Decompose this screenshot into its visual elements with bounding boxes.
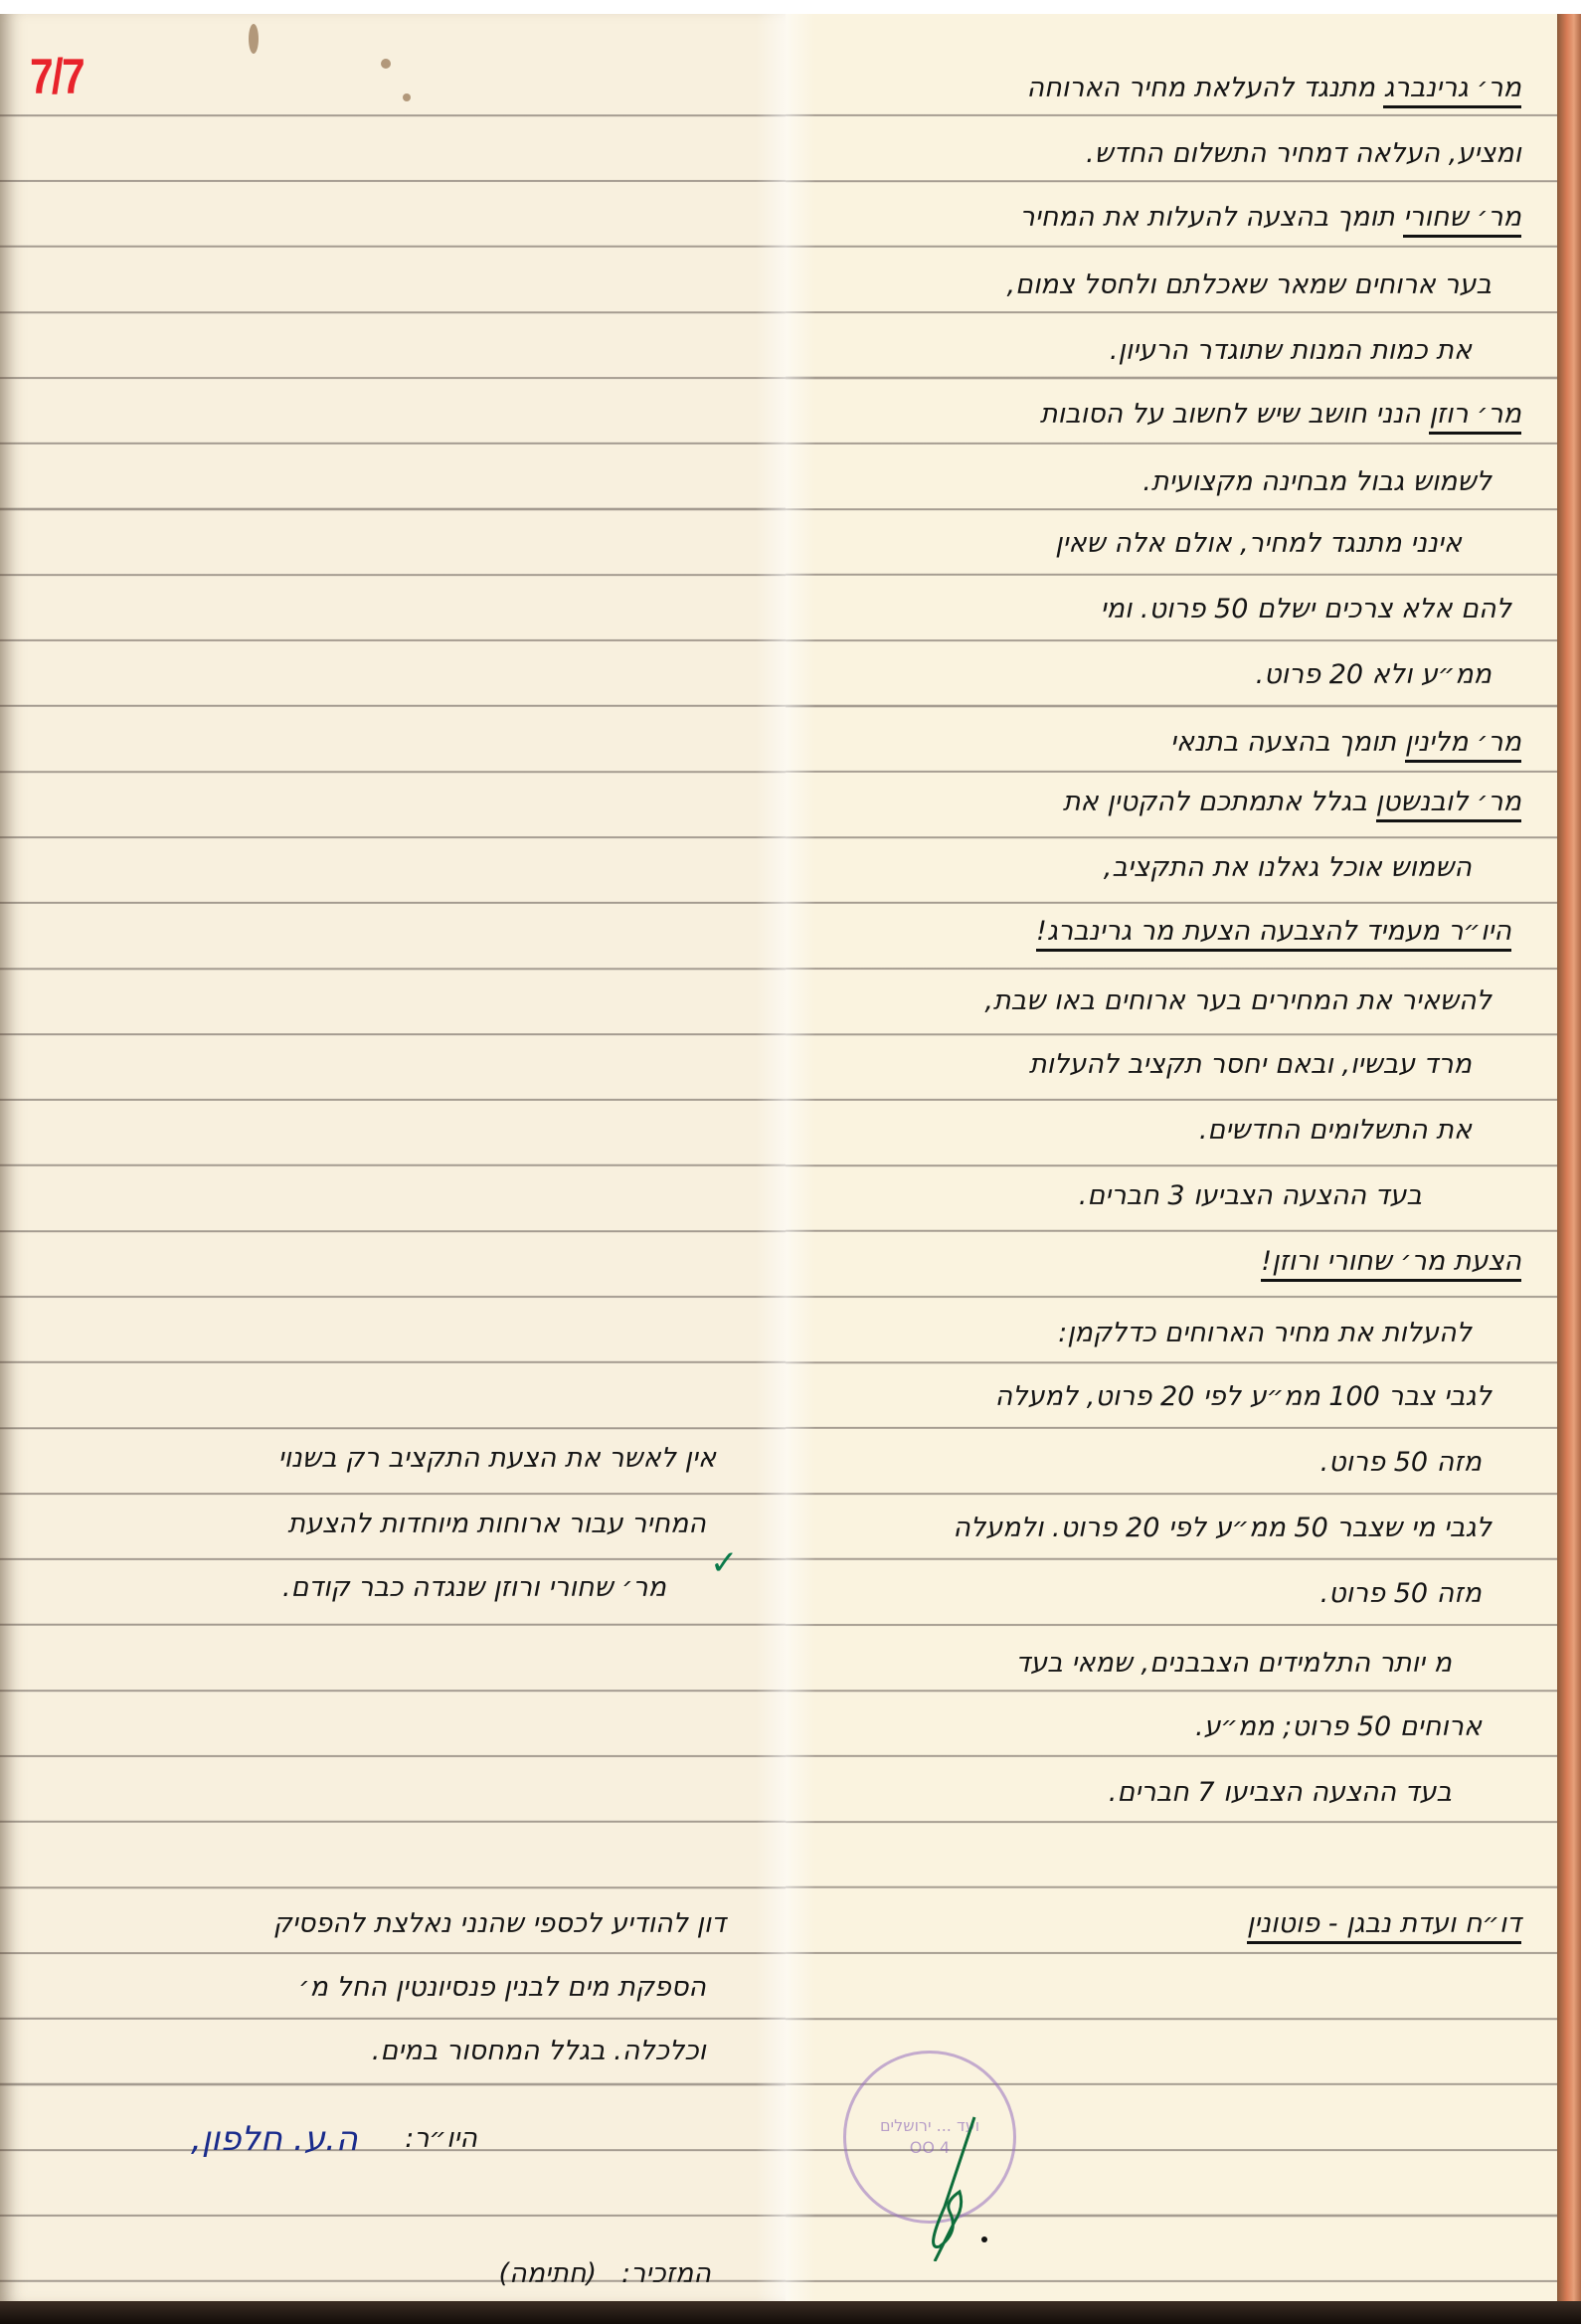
minutes-line: את התשלומים החדשים.	[1199, 1098, 1472, 1163]
minutes-line: להעלות את מחיר הארוחים כדלקמן:	[1058, 1301, 1472, 1366]
minutes-line: להם אלא צרכים ישלם 50 פרוט. ומי	[1101, 577, 1511, 642]
minutes-line: את כמות המנות שתוגדר הרעיון.	[1110, 318, 1472, 384]
minutes-line: לשמוש גבול מבחינה מקצועית.	[1142, 449, 1492, 515]
line-text: תומך בהצעה להעלות את המחיר	[1020, 202, 1395, 233]
report-heading: דו״ח ועדת נבגן - פוטונין	[1247, 1891, 1521, 1957]
minutes-line: מזה 50 פרוט.	[1320, 1561, 1482, 1627]
ink-smudge	[381, 59, 391, 69]
minutes-line: ומציע, העלאה דמחיר התשלום החדש.	[1086, 121, 1521, 187]
speaker-name: מר׳ רוזן	[1429, 399, 1521, 435]
minutes-line: היו״ר מעמיד להצבעה הצעת מר גרינברג!	[1036, 899, 1511, 965]
secretary-signature-label: המזכיר:	[621, 2241, 711, 2307]
speaker-name: מר׳ גרינברג	[1383, 73, 1521, 108]
minutes-line: מר׳ גרינברג מתנגד להעלאת מחיר הארוחה	[1026, 56, 1521, 121]
line-text: תומך בהצעה בתנאי	[1170, 727, 1396, 758]
vote-heading: היו״ר מעמיד להצבעה הצעת מר גרינברג!	[1036, 916, 1511, 952]
margin-note-line: הספקת מים לבנין פנסיונטין החל מ׳	[298, 1955, 706, 2021]
minutes-line: הצעת מר׳ שחורי ורוזן!	[1261, 1229, 1521, 1295]
minutes-line: בער ארוחים שמאר שאכלתם ולחסל צמום,	[1006, 253, 1492, 318]
minutes-line: מר׳ רוזן הנני חושב שיש לחשוב על הסובות	[1040, 382, 1521, 447]
line-text: הנני חושב שיש לחשוב על הסובות	[1040, 399, 1421, 430]
minutes-line: ארוחים 50 פרוט; ממ״ע.	[1195, 1695, 1482, 1760]
minutes-line: מזה 50 פרוט.	[1320, 1430, 1482, 1496]
minutes-line: בעד ההצעה הצביעו 7 חברים.	[1109, 1760, 1452, 1826]
speaker-name: מר׳ לובנשטן	[1376, 787, 1522, 822]
chair-signature-label: היו״ר:	[405, 2106, 477, 2172]
secretary-signature: (חתימה)	[499, 2241, 597, 2307]
minutes-line: להשאיר את המחירים בער ארוחים באו שבת,	[984, 969, 1492, 1034]
page-edge	[1557, 14, 1581, 2301]
minutes-line: מר׳ לובנשטן בגלל אתמתכם להקטין את	[1063, 770, 1521, 835]
vote-heading: הצעת מר׳ שחורי ורוזן!	[1261, 1246, 1521, 1282]
line-text: בגלל אתמתכם להקטין את	[1063, 787, 1367, 817]
speaker-name: מר׳ מלינין	[1405, 727, 1521, 763]
minutes-line: בעד ההצעה הצביעו 3 חברים.	[1079, 1163, 1422, 1229]
line-text: מתנגד להעלאת מחיר הארוחה	[1026, 73, 1374, 103]
minutes-line: מרד עבשיו, ובאם יחסר תקציב להעלות	[1029, 1032, 1472, 1098]
ink-smudge	[249, 24, 259, 54]
page-number-label: 7/7	[30, 48, 84, 105]
margin-note-line: דון להודיע לכספי שהנני נאלצת להפסיק	[273, 1891, 726, 1957]
margin-note-line: מר׳ שחורי ורוזן שנגדה כבר קודם.	[282, 1555, 666, 1621]
speaker-name: מר׳ שחורי	[1403, 202, 1521, 238]
minutes-line: מר׳ מלינין תומך בהצעה בתנאי	[1170, 710, 1521, 776]
report-heading-text: דו״ח ועדת נבגן - פוטונין	[1247, 1908, 1521, 1944]
signature-green	[915, 2112, 994, 2261]
minutes-line: מ יותר התלמידים הצבבנים, שמאי בעד	[1016, 1631, 1452, 1697]
margin-note-line: וכלכלה. בגלל המחסור במים.	[372, 2019, 706, 2084]
minutes-line: אינני מתנגד למחיר, אולם אלה שאין	[1055, 511, 1462, 577]
margin-note-line: המחיר עבור ארוחות מיוחדות להצעת	[287, 1492, 706, 1557]
minutes-line: מר׳ שחורי תומך בהצעה להעלות את המחיר	[1020, 185, 1522, 251]
margin-note-line: אין לאשר את הצעת התקציב רק בשנוי	[278, 1426, 716, 1492]
document-scan: 7/7 מר׳ גרינברג מתנגד להעלאת מחיר הארוחה…	[0, 14, 1581, 2324]
minutes-line: השמוש אוכל גאלנו את התקציב,	[1104, 835, 1472, 901]
chair-signature: ה.ע. חלפון,	[191, 2106, 358, 2172]
minutes-line: לגבי מי שצבר 50 ממ״ע לפי 20 פרוט. ולמעלה	[953, 1496, 1492, 1561]
ink-smudge	[403, 93, 411, 101]
checkmark-icon: ✓	[710, 1543, 739, 1583]
binding-bottom-edge	[0, 2301, 1581, 2324]
minutes-line: לגבי צבר 100 ממ״ע לפי 20 פרוט, למעלה	[995, 1364, 1492, 1430]
minutes-line: ממ״ע ולא 20 פרוט.	[1256, 642, 1492, 708]
book-spine	[756, 14, 815, 2301]
